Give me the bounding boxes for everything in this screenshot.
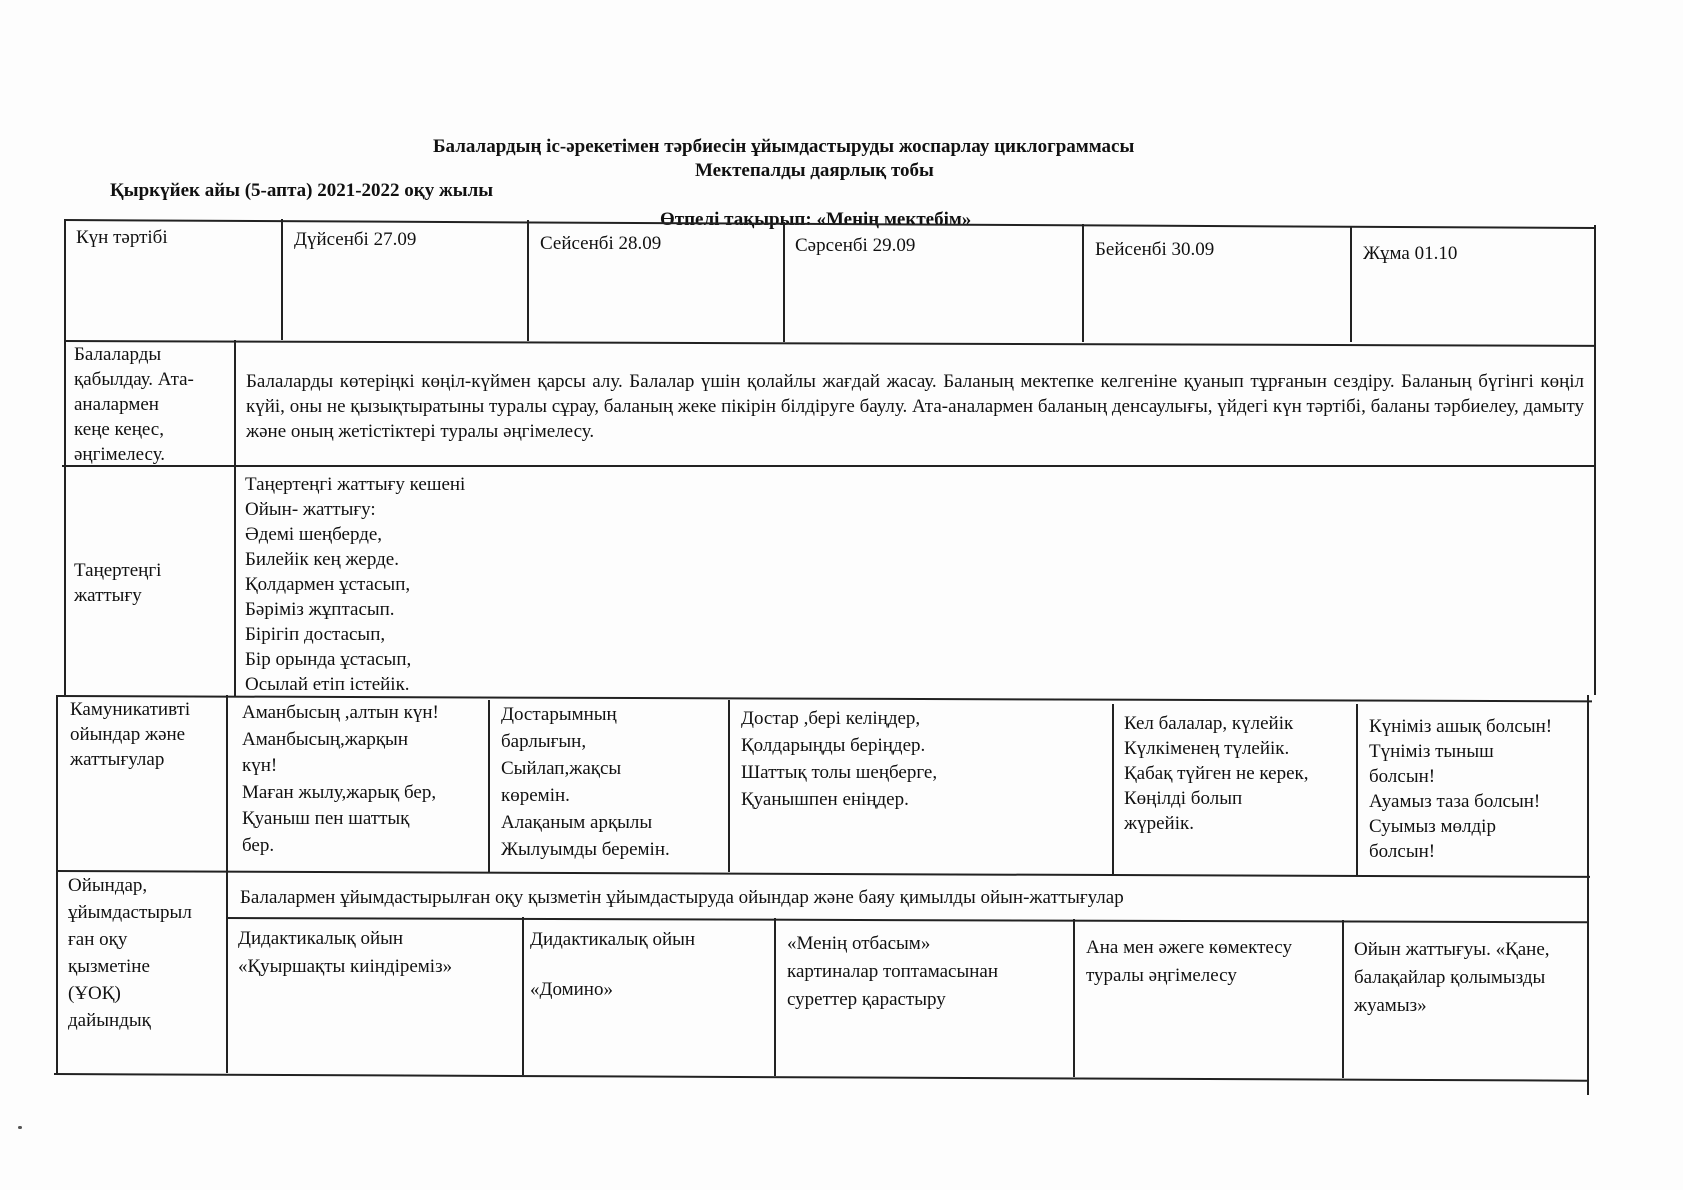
communicative-tuesday: Достарымның барлығын, Сыйлап,жақсы көрем… xyxy=(501,701,670,863)
communicative-friday: Күніміз ашық болсын! Түніміз тыныш болсы… xyxy=(1369,714,1552,864)
games-thursday: Ана мен әжеге көмектесу туралы әңгімелес… xyxy=(1086,934,1292,990)
theme-label: Өтпелі тақырып: «Менің мектебім» xyxy=(660,209,971,231)
reception-text: Балаларды көтеріңкі көңіл-күймен қарсы а… xyxy=(246,369,1584,444)
row-label-morning-exercise: Таңертеңгі жаттығу xyxy=(74,558,161,608)
group-name: Мектепалды даярлық тобы xyxy=(695,160,934,182)
scan-speck xyxy=(18,1126,22,1129)
games-monday: Дидактикалық ойын «Қуыршақты киіндіреміз… xyxy=(238,925,452,981)
games-tuesday: Дидактикалық ойын «Домино» xyxy=(530,927,695,1002)
communicative-wednesday: Достар ,бері келіңдер, Қолдарыңды беріңд… xyxy=(741,705,937,813)
row-label-games: Ойындар, ұйымдастырыл ған оқу қызметіне … xyxy=(68,872,192,1034)
morning-exercise-text: Таңертеңгі жаттығу кешені Ойын- жаттығу:… xyxy=(245,472,465,697)
games-friday: Ойын жаттығуы. «Қане, балақайлар қолымыз… xyxy=(1354,936,1550,1020)
communicative-thursday: Кел балалар, күлейік Күлкіменең түлейік.… xyxy=(1124,711,1309,836)
document-title: Балалардың іс-әрекетімен тәрбиесін ұйымд… xyxy=(433,136,1134,158)
column-header-wednesday: Сәрсенбі 29.09 xyxy=(795,233,915,258)
communicative-monday: Аманбысың ,алтын күн! Аманбысың,жарқын к… xyxy=(242,700,439,859)
column-header-friday: Жұма 01.10 xyxy=(1363,241,1457,266)
column-header-monday: Дүйсенбі 27.09 xyxy=(294,227,416,252)
row-label-communicative: Камуникативті ойындар және жаттығулар xyxy=(70,697,190,772)
period-label: Қыркүйек айы (5-апта) 2021-2022 оқу жылы xyxy=(110,180,493,202)
row-label-reception: Балаларды қабылдау. Ата- аналармен кеңе … xyxy=(74,342,194,467)
column-header-tuesday: Сейсенбі 28.09 xyxy=(540,231,661,256)
games-header-text: Балалармен ұйымдастырылған оқу қызметін … xyxy=(240,885,1124,910)
games-wednesday: «Менің отбасым» картиналар топтамасынан … xyxy=(787,930,998,1014)
column-header-thursday: Бейсенбі 30.09 xyxy=(1095,237,1214,262)
column-header-schedule: Күн тәртібі xyxy=(76,225,168,250)
